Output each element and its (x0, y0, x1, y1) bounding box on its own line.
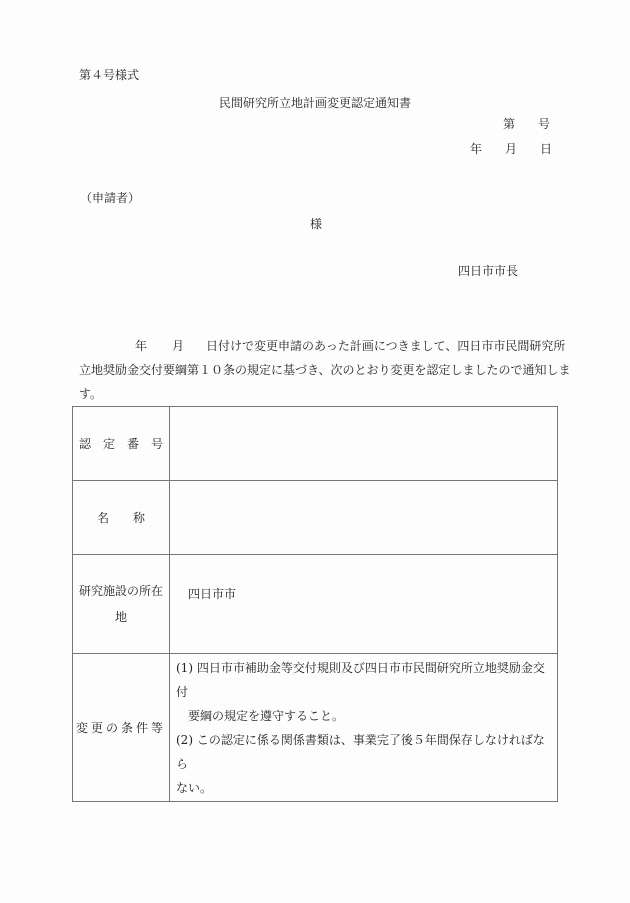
body-line-3: す。 (79, 382, 559, 406)
date-day: 日 (540, 143, 552, 155)
value-name (170, 481, 558, 555)
label-conditions: 変更の条件等 (73, 654, 170, 802)
table-row-conditions: 変更の条件等 (1) 四日市市補助金等交付規則及び四日市市民間研究所立地奨励金交… (73, 654, 558, 802)
condition-1-line-2: 要綱の規定を遵守すること。 (176, 704, 553, 728)
honorific: 様 (310, 218, 322, 230)
date-month: 月 (505, 143, 517, 155)
issuer: 四日市市長 (458, 265, 518, 277)
notice-body: 年月日付けで変更申請のあった計画につきまして、四日市市民間研究所 立地奨励金交付… (79, 334, 559, 406)
table-row-location: 研究施設の所在 地 四日市市 (73, 555, 558, 654)
ref-number-prefix: 第 (503, 118, 515, 130)
body-month: 月 (172, 339, 184, 353)
label-location: 研究施設の所在 地 (73, 555, 170, 654)
value-location: 四日市市 (170, 555, 558, 654)
body-year: 年 (135, 339, 147, 353)
body-line-1: 年月日付けで変更申請のあった計画につきまして、四日市市民間研究所 (79, 334, 559, 358)
certification-table: 認 定 番 号 名 称 研究施設の所在 地 四日市市 変更の条件等 (1) 四日… (72, 406, 558, 802)
value-conditions: (1) 四日市市補助金等交付規則及び四日市市民間研究所立地奨励金交付 要綱の規定… (170, 654, 558, 802)
body-line-2: 立地奨励金交付要綱第１０条の規定に基づき、次のとおり変更を認定しましたので通知し… (79, 358, 559, 382)
document-title: 民間研究所立地計画変更認定通知書 (0, 97, 630, 109)
ref-number-suffix: 号 (538, 118, 550, 130)
applicant-label: （申請者） (80, 192, 140, 204)
table-row-cert-number: 認 定 番 号 (73, 407, 558, 481)
label-name: 名 称 (73, 481, 170, 555)
label-cert-number: 認 定 番 号 (73, 407, 170, 481)
condition-2-line-2: ない。 (176, 776, 553, 800)
form-number: 第４号様式 (79, 69, 139, 81)
condition-2-line-1: (2) この認定に係る関係書類は、事業完了後５年間保存しなければなら (176, 728, 553, 776)
table-row-name: 名 称 (73, 481, 558, 555)
condition-1-line-1: (1) 四日市市補助金等交付規則及び四日市市民間研究所立地奨励金交付 (176, 656, 553, 704)
date-year: 年 (470, 143, 482, 155)
value-cert-number (170, 407, 558, 481)
